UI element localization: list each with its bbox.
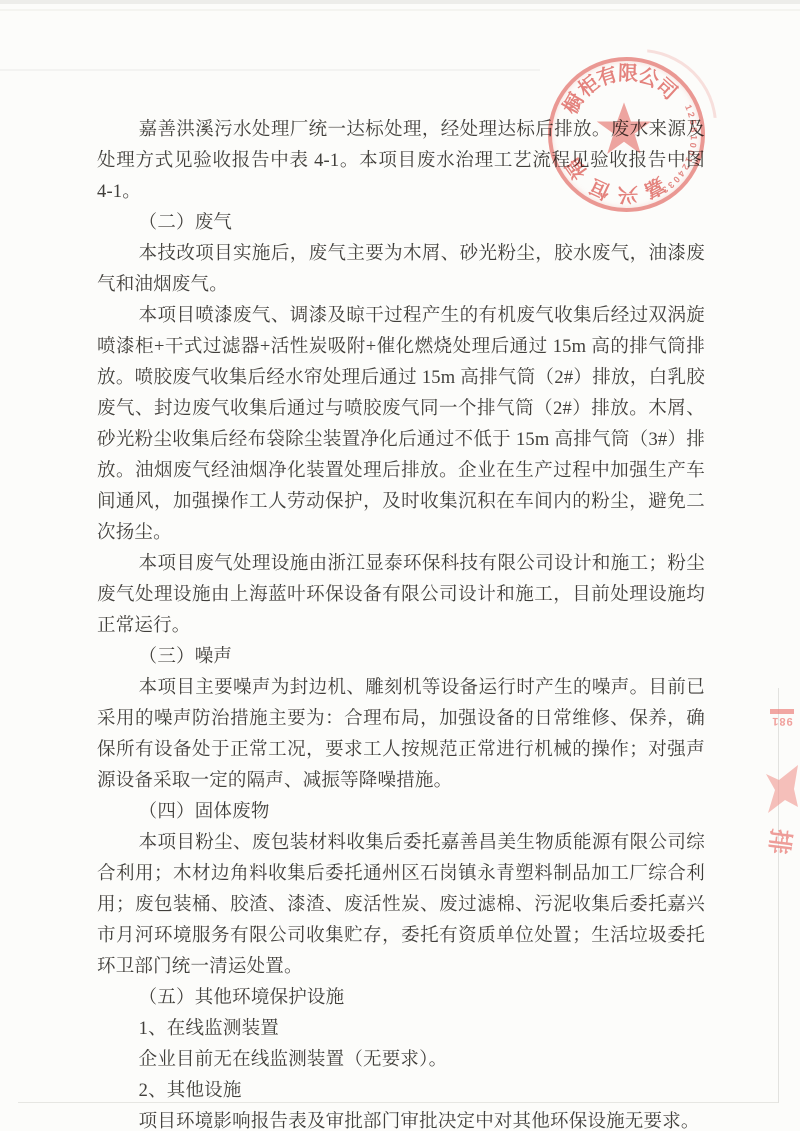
edge-stamp-partial-character: 排 <box>761 827 794 860</box>
seal-star-icon <box>595 100 653 158</box>
company-seal: 嘉兴恒福橱柜有限公司 3304210018521 <box>548 57 705 212</box>
section-heading: （四）固体废物 <box>97 797 705 828</box>
paragraph: 本项目喷漆废气、调漆及晾干过程产生的有机废气收集后经过双涡旋喷漆柜+干式过滤器+… <box>97 301 705 549</box>
scan-artifact-smudge <box>0 69 540 71</box>
edge-stamp-fragment-bar <box>770 709 794 714</box>
section-heading: （二）废气 <box>97 208 705 239</box>
scan-artifact-top-strip <box>0 0 800 4</box>
paragraph: 1、在线监测装置 <box>97 1014 705 1045</box>
edge-stamp-partial-star-icon <box>766 763 798 815</box>
section-heading: （三）噪声 <box>97 642 705 673</box>
paragraph: 本项目粉尘、废包装材料收集后委托嘉善昌美生物质能源有限公司综合利用；木材边角料收… <box>97 828 705 983</box>
scan-artifact-top-strip-2 <box>0 9 800 11</box>
paragraph: 本项目主要噪声为封边机、雕刻机等设备运行时产生的噪声。目前已采用的噪声防治措施主… <box>97 673 705 797</box>
paragraph: 本技改项目实施后，废气主要为木屑、砂光粉尘，胶水废气，油漆废气和油烟废气。 <box>97 239 705 301</box>
body-text: 嘉善洪溪污水处理厂统一达标处理，经处理达标后排放。废水来源及处理方式见验收报告中… <box>97 115 705 1131</box>
paragraph: 2、其他设施 <box>97 1076 705 1107</box>
page-edge-line-right <box>778 688 779 1103</box>
seal-ring-character: 兴 <box>617 183 640 206</box>
edge-stamp-fragment-number: 981 <box>768 715 796 726</box>
section-heading: （五）其他环境保护设施 <box>97 983 705 1014</box>
paragraph: 企业目前无在线监测装置（无要求）。 <box>97 1045 705 1076</box>
edge-stamp-fragment-digits: 981 <box>768 709 796 726</box>
document-page: 嘉善洪溪污水处理厂统一达标处理，经处理达标后排放。废水来源及处理方式见验收报告中… <box>0 0 800 1131</box>
paragraph: 本项目废气处理设施由浙江显泰环保科技有限公司设计和施工；粉尘废气处理设施由上海蓝… <box>97 549 705 642</box>
paragraph: 项目环境影响报告表及审批部门审批决定中对其他环保设施无要求。 <box>97 1107 705 1131</box>
